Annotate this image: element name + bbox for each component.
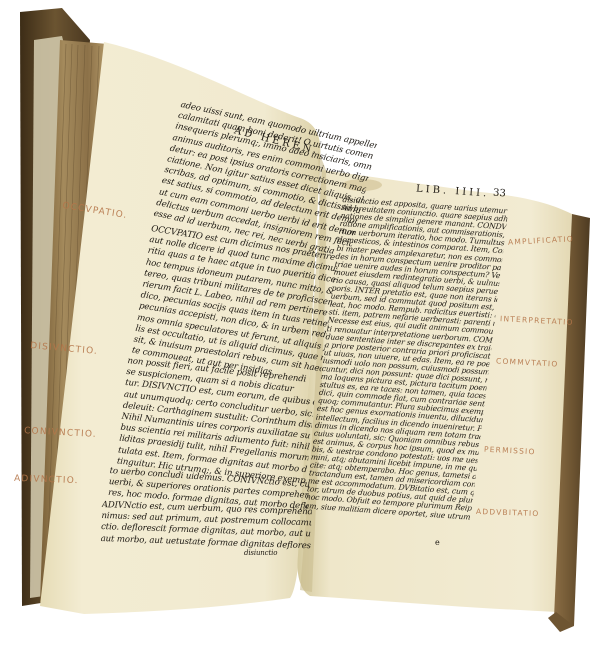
signature-mark: e xyxy=(435,538,440,547)
left-catchword: disiunctio xyxy=(244,548,294,559)
folio-number: 33 xyxy=(493,188,506,200)
left-text-block-adiunctio: ADIVNctio est, cum uerbum, quo res compr… xyxy=(100,500,311,552)
book-photograph: AD HEREN. adeo uissi sunt, eam quomodo u… xyxy=(0,0,600,646)
